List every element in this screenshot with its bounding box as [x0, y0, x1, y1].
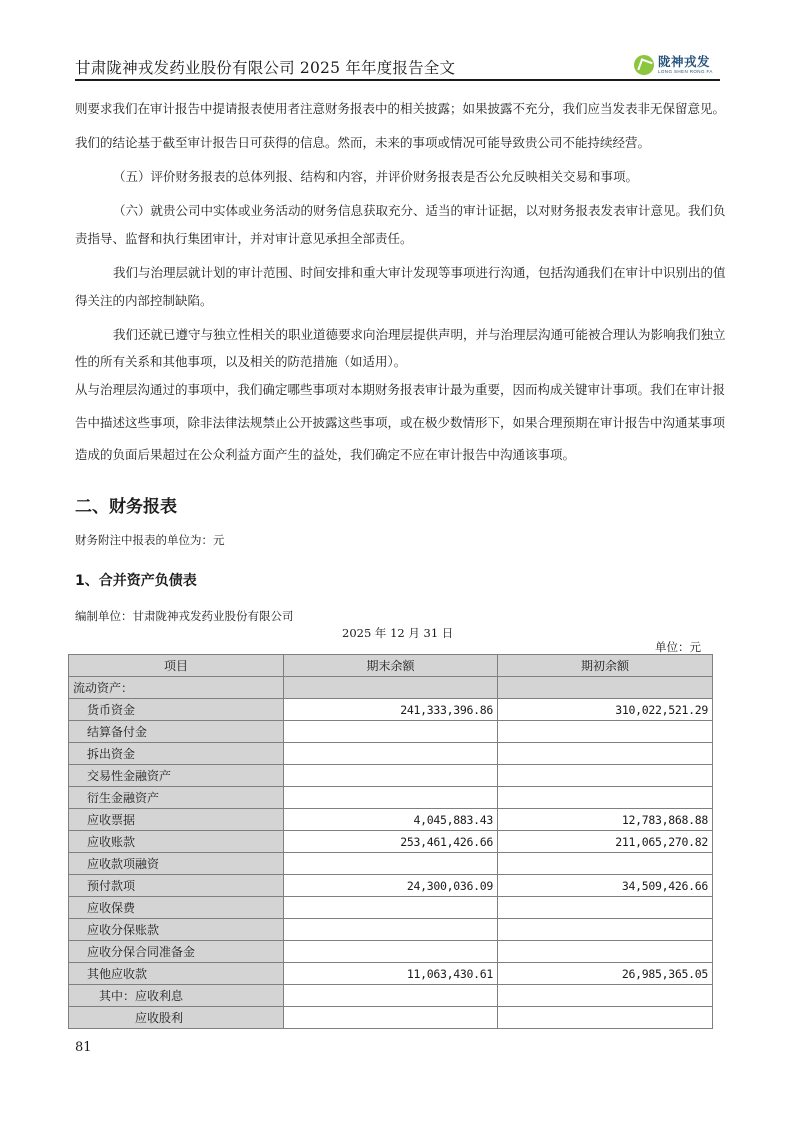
row-end: 253,461,426.66: [284, 831, 498, 853]
paragraph-line: （五）评价财务报表的总体列报、结构和内容，并评价财务报表是否公允反映相关交易和事…: [75, 168, 715, 186]
row-end: [284, 919, 498, 941]
logo-en-text: LONG SHEN RONG FA: [658, 70, 713, 75]
row-begin: 310,022,521.29: [498, 699, 713, 721]
table-row: 交易性金融资产: [69, 765, 713, 787]
unit-note: 财务附注中报表的单位为：元: [75, 532, 225, 548]
row-begin: [498, 1007, 713, 1029]
paragraph-line: 我们的结论基于截至审计报告日可获得的信息。然而，未来的事项或情况可能导致贵公司不…: [75, 134, 715, 152]
row-begin: [498, 853, 713, 875]
table-row: 拆出资金: [69, 743, 713, 765]
header-divider: [75, 79, 720, 81]
table-row: 应收票据 4,045,883.43 12,783,868.88: [69, 809, 713, 831]
row-begin: [498, 897, 713, 919]
row-item: 货币资金: [69, 699, 284, 721]
row-item: 预付款项: [69, 875, 284, 897]
table-row: 应收款项融资: [69, 853, 713, 875]
balance-sheet-table: 项目 期末余额 期初余额 流动资产： 货币资金 241,333,396.86 3…: [68, 654, 713, 1029]
paragraph-line: 我们与治理层就计划的审计范围、时间安排和重大审计发现等事项进行沟通，包括沟通我们…: [75, 264, 715, 282]
table-row: 应收保费: [69, 897, 713, 919]
unit-label: 单位：元: [655, 639, 701, 655]
row-end: [284, 743, 498, 765]
row-end: [284, 677, 498, 699]
report-title: 甘肃陇神戎发药业股份有限公司 2025 年年度报告全文: [75, 56, 455, 78]
paragraph-line: 性的所有关系和其他事项，以及相关的防范措施（如适用）。: [75, 353, 715, 371]
paragraph-line: 则要求我们在审计报告中提请报表使用者注意财务报表中的相关披露；如果披露不充分，我…: [75, 100, 715, 118]
row-end: 241,333,396.86: [284, 699, 498, 721]
table-row: 货币资金 241,333,396.86 310,022,521.29: [69, 699, 713, 721]
row-item: 结算备付金: [69, 721, 284, 743]
row-begin: [498, 721, 713, 743]
prepared-by: 编制单位：甘肃陇神戎发药业股份有限公司: [75, 608, 294, 624]
row-begin: 26,985,365.05: [498, 963, 713, 985]
row-item: 其他应收款: [69, 963, 284, 985]
table-row: 流动资产：: [69, 677, 713, 699]
table-row: 其他应收款 11,063,430.61 26,985,365.05: [69, 963, 713, 985]
col-header-end-balance: 期末余额: [284, 655, 498, 677]
row-item: 衍生金融资产: [69, 787, 284, 809]
table-row: 预付款项 24,300,036.09 34,509,426.66: [69, 875, 713, 897]
page-header: 甘肃陇神戎发药业股份有限公司 2025 年年度报告全文: [75, 52, 720, 78]
subsection-heading: 1、合并资产负债表: [75, 570, 197, 590]
row-begin: 34,509,426.66: [498, 875, 713, 897]
row-item: 应收分保账款: [69, 919, 284, 941]
table-row: 应收分保合同准备金: [69, 941, 713, 963]
row-begin: [498, 743, 713, 765]
row-item: 应收股利: [69, 1007, 284, 1029]
row-end: 24,300,036.09: [284, 875, 498, 897]
row-item: 交易性金融资产: [69, 765, 284, 787]
row-end: [284, 853, 498, 875]
paragraph-line: （六）就贵公司中实体或业务活动的财务信息获取充分、适当的审计证据，以对财务报表发…: [75, 202, 715, 220]
row-end: [284, 1007, 498, 1029]
logo-icon: [634, 55, 654, 75]
row-item: 拆出资金: [69, 743, 284, 765]
paragraph-line: 告中描述这些事项，除非法律法规禁止公开披露这些事项，或在极少数情形下，如果合理预…: [75, 414, 715, 432]
row-begin: [498, 941, 713, 963]
row-item: 应收款项融资: [69, 853, 284, 875]
row-begin: 12,783,868.88: [498, 809, 713, 831]
paragraph-line: 责指导、监督和执行集团审计，并对审计意见承担全部责任。: [75, 230, 715, 248]
table-header-row: 项目 期末余额 期初余额: [69, 655, 713, 677]
row-begin: [498, 919, 713, 941]
row-item: 其中：应收利息: [69, 985, 284, 1007]
paragraph-line: 从与治理层沟通过的事项中，我们确定哪些事项对本期财务报表审计最为重要，因而构成关…: [75, 381, 715, 399]
col-header-begin-balance: 期初余额: [498, 655, 713, 677]
row-end: [284, 941, 498, 963]
table-row: 应收账款 253,461,426.66 211,065,270.82: [69, 831, 713, 853]
row-item: 应收账款: [69, 831, 284, 853]
table-row: 应收股利: [69, 1007, 713, 1029]
paragraph-line: 得关注的内部控制缺陷。: [75, 292, 715, 310]
company-logo: 陇神戎发 LONG SHEN RONG FA: [634, 54, 713, 76]
row-end: 4,045,883.43: [284, 809, 498, 831]
row-end: [284, 765, 498, 787]
page-number: 81: [75, 1040, 92, 1055]
row-end: 11,063,430.61: [284, 963, 498, 985]
report-date: 2025 年 12 月 31 日: [342, 625, 453, 641]
row-item: 应收分保合同准备金: [69, 941, 284, 963]
table-row: 衍生金融资产: [69, 787, 713, 809]
row-end: [284, 897, 498, 919]
row-end: [284, 787, 498, 809]
row-begin: [498, 677, 713, 699]
row-item: 应收票据: [69, 809, 284, 831]
row-begin: [498, 787, 713, 809]
row-begin: [498, 985, 713, 1007]
row-end: [284, 985, 498, 1007]
paragraph-line: 造成的负面后果超过在公众利益方面产生的益处，我们确定不应在审计报告中沟通该事项。: [75, 446, 715, 464]
logo-cn-text: 陇神戎发: [658, 56, 713, 69]
row-end: [284, 721, 498, 743]
row-item: 应收保费: [69, 897, 284, 919]
col-header-item: 项目: [69, 655, 284, 677]
row-begin: 211,065,270.82: [498, 831, 713, 853]
table-row: 应收分保账款: [69, 919, 713, 941]
table-row: 其中：应收利息: [69, 985, 713, 1007]
row-begin: [498, 765, 713, 787]
row-item: 流动资产：: [69, 677, 284, 699]
table-row: 结算备付金: [69, 721, 713, 743]
paragraph-line: 我们还就已遵守与独立性相关的职业道德要求向治理层提供声明，并与治理层沟通可能被合…: [75, 326, 715, 344]
section-heading: 二、财务报表: [75, 492, 177, 517]
